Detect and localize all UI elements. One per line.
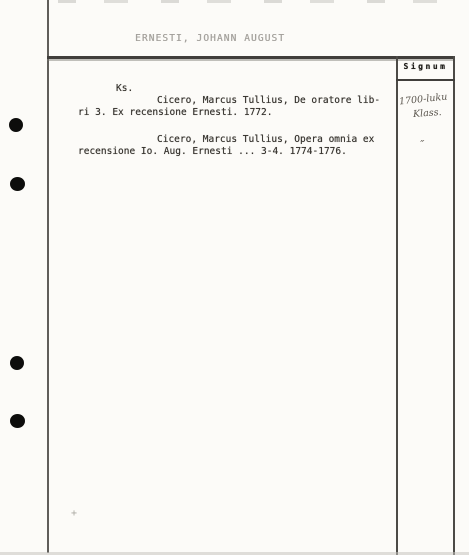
card-left-margin-rule [47, 0, 49, 553]
signum-header-underline [396, 79, 455, 81]
catalog-card-scan: ERNESTI, JOHANN AUGUST Signum 1700-luku … [0, 0, 469, 555]
signum-column-left-rule [396, 56, 398, 555]
handwritten-signum-note-line2: Klass. [413, 107, 442, 120]
entry1-line1: Cicero, Marcus Tullius, De oratore lib- [157, 95, 380, 107]
scan-edge-artifact-top [58, 0, 460, 3]
hole-punch [10, 414, 25, 428]
entry1-line2: ri 3. Ex recensione Ernesti. 1772. [78, 107, 272, 119]
ditto-mark: ″ [420, 138, 425, 151]
entry-abbreviation: Ks. [116, 83, 133, 95]
handwritten-signum-note-line1: 1700-luku [399, 91, 448, 107]
signum-column-right-rule [453, 56, 455, 555]
signum-column-header: Signum [398, 62, 453, 71]
hole-punch [9, 118, 23, 132]
hole-punch [10, 177, 25, 191]
hole-punch [10, 356, 24, 370]
card-header-rule [47, 56, 454, 59]
registration-mark: + [71, 508, 77, 519]
entry2-line1: Cicero, Marcus Tullius, Opera omnia ex [157, 134, 374, 146]
entry2-line2: recensione Io. Aug. Ernesti ... 3-4. 177… [78, 146, 347, 158]
author-heading: ERNESTI, JOHANN AUGUST [135, 33, 285, 44]
